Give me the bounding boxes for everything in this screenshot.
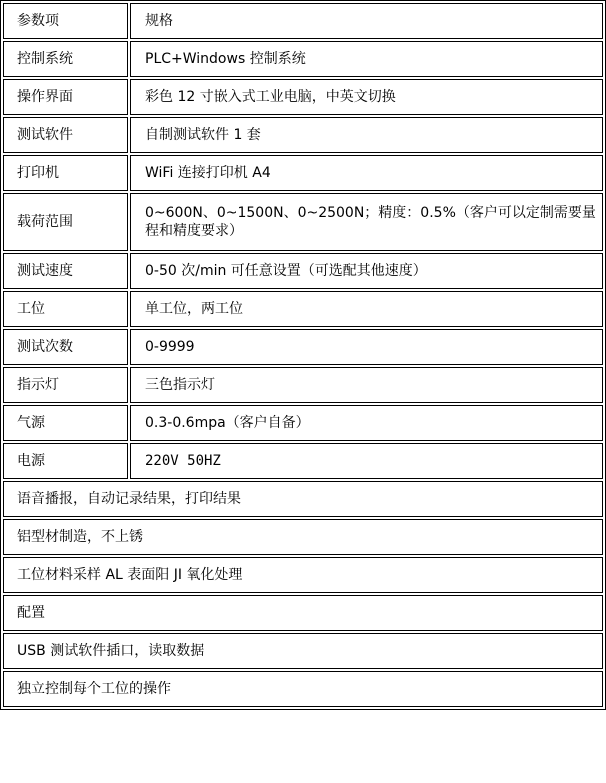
- table-row-feature: 配置: [3, 595, 603, 631]
- table-row-air-source: 气源 0.3-0.6mpa（客户自备）: [3, 405, 603, 441]
- feature-cell: USB 测试软件插口，读取数据: [3, 633, 603, 669]
- row-value: WiFi 连接打印机 A4: [130, 155, 603, 191]
- row-key: 操作界面: [3, 79, 128, 115]
- feature-cell: 工位材料采样 AL 表面阳 JI 氧化处理: [3, 557, 603, 593]
- row-key: 电源: [3, 443, 128, 479]
- table-row-indicator: 指示灯 三色指示灯: [3, 367, 603, 403]
- row-key: 测试速度: [3, 253, 128, 289]
- row-value: 0.3-0.6mpa（客户自备）: [130, 405, 603, 441]
- row-value: 彩色 12 寸嵌入式工业电脑，中英文切换: [130, 79, 603, 115]
- row-key: 测试软件: [3, 117, 128, 153]
- feature-cell: 独立控制每个工位的操作: [3, 671, 603, 707]
- row-value: 0-9999: [130, 329, 603, 365]
- row-value: 单工位，两工位: [130, 291, 603, 327]
- feature-cell: 铝型材制造，不上锈: [3, 519, 603, 555]
- table-row-feature: 工位材料采样 AL 表面阳 JI 氧化处理: [3, 557, 603, 593]
- row-value: 0-50 次/min 可任意设置（可选配其他速度）: [130, 253, 603, 289]
- header-value-cell: 规格: [130, 3, 603, 39]
- header-key-cell: 参数项: [3, 3, 128, 39]
- table-row-load-range: 载荷范围 0~600N、0~1500N、0~2500N；精度：0.5%（客户可以…: [3, 193, 603, 251]
- row-key: 指示灯: [3, 367, 128, 403]
- table-row-test-count: 测试次数 0-9999: [3, 329, 603, 365]
- row-key: 工位: [3, 291, 128, 327]
- row-value: 三色指示灯: [130, 367, 603, 403]
- feature-cell: 配置: [3, 595, 603, 631]
- row-value: 220V 50HZ: [130, 443, 603, 479]
- table-row-feature: 铝型材制造，不上锈: [3, 519, 603, 555]
- table-row-station: 工位 单工位，两工位: [3, 291, 603, 327]
- row-key: 载荷范围: [3, 193, 128, 251]
- row-key: 打印机: [3, 155, 128, 191]
- spec-table: 参数项 规格 控制系统 PLC+Windows 控制系统 操作界面 彩色 12 …: [0, 0, 606, 710]
- row-value: 0~600N、0~1500N、0~2500N；精度：0.5%（客户可以定制需要量…: [130, 193, 603, 251]
- table-row-printer: 打印机 WiFi 连接打印机 A4: [3, 155, 603, 191]
- row-key: 气源: [3, 405, 128, 441]
- table-row-interface: 操作界面 彩色 12 寸嵌入式工业电脑，中英文切换: [3, 79, 603, 115]
- row-key: 测试次数: [3, 329, 128, 365]
- row-key: 控制系统: [3, 41, 128, 77]
- table-row-control-system: 控制系统 PLC+Windows 控制系统: [3, 41, 603, 77]
- table-row-feature: USB 测试软件插口，读取数据: [3, 633, 603, 669]
- table-header-row: 参数项 规格: [3, 3, 603, 39]
- row-value: PLC+Windows 控制系统: [130, 41, 603, 77]
- table-row-feature: 语音播报，自动记录结果，打印结果: [3, 481, 603, 517]
- table-row-software: 测试软件 自制测试软件 1 套: [3, 117, 603, 153]
- feature-cell: 语音播报，自动记录结果，打印结果: [3, 481, 603, 517]
- table-row-feature: 独立控制每个工位的操作: [3, 671, 603, 707]
- table-row-test-speed: 测试速度 0-50 次/min 可任意设置（可选配其他速度）: [3, 253, 603, 289]
- row-value: 自制测试软件 1 套: [130, 117, 603, 153]
- table-row-power: 电源 220V 50HZ: [3, 443, 603, 479]
